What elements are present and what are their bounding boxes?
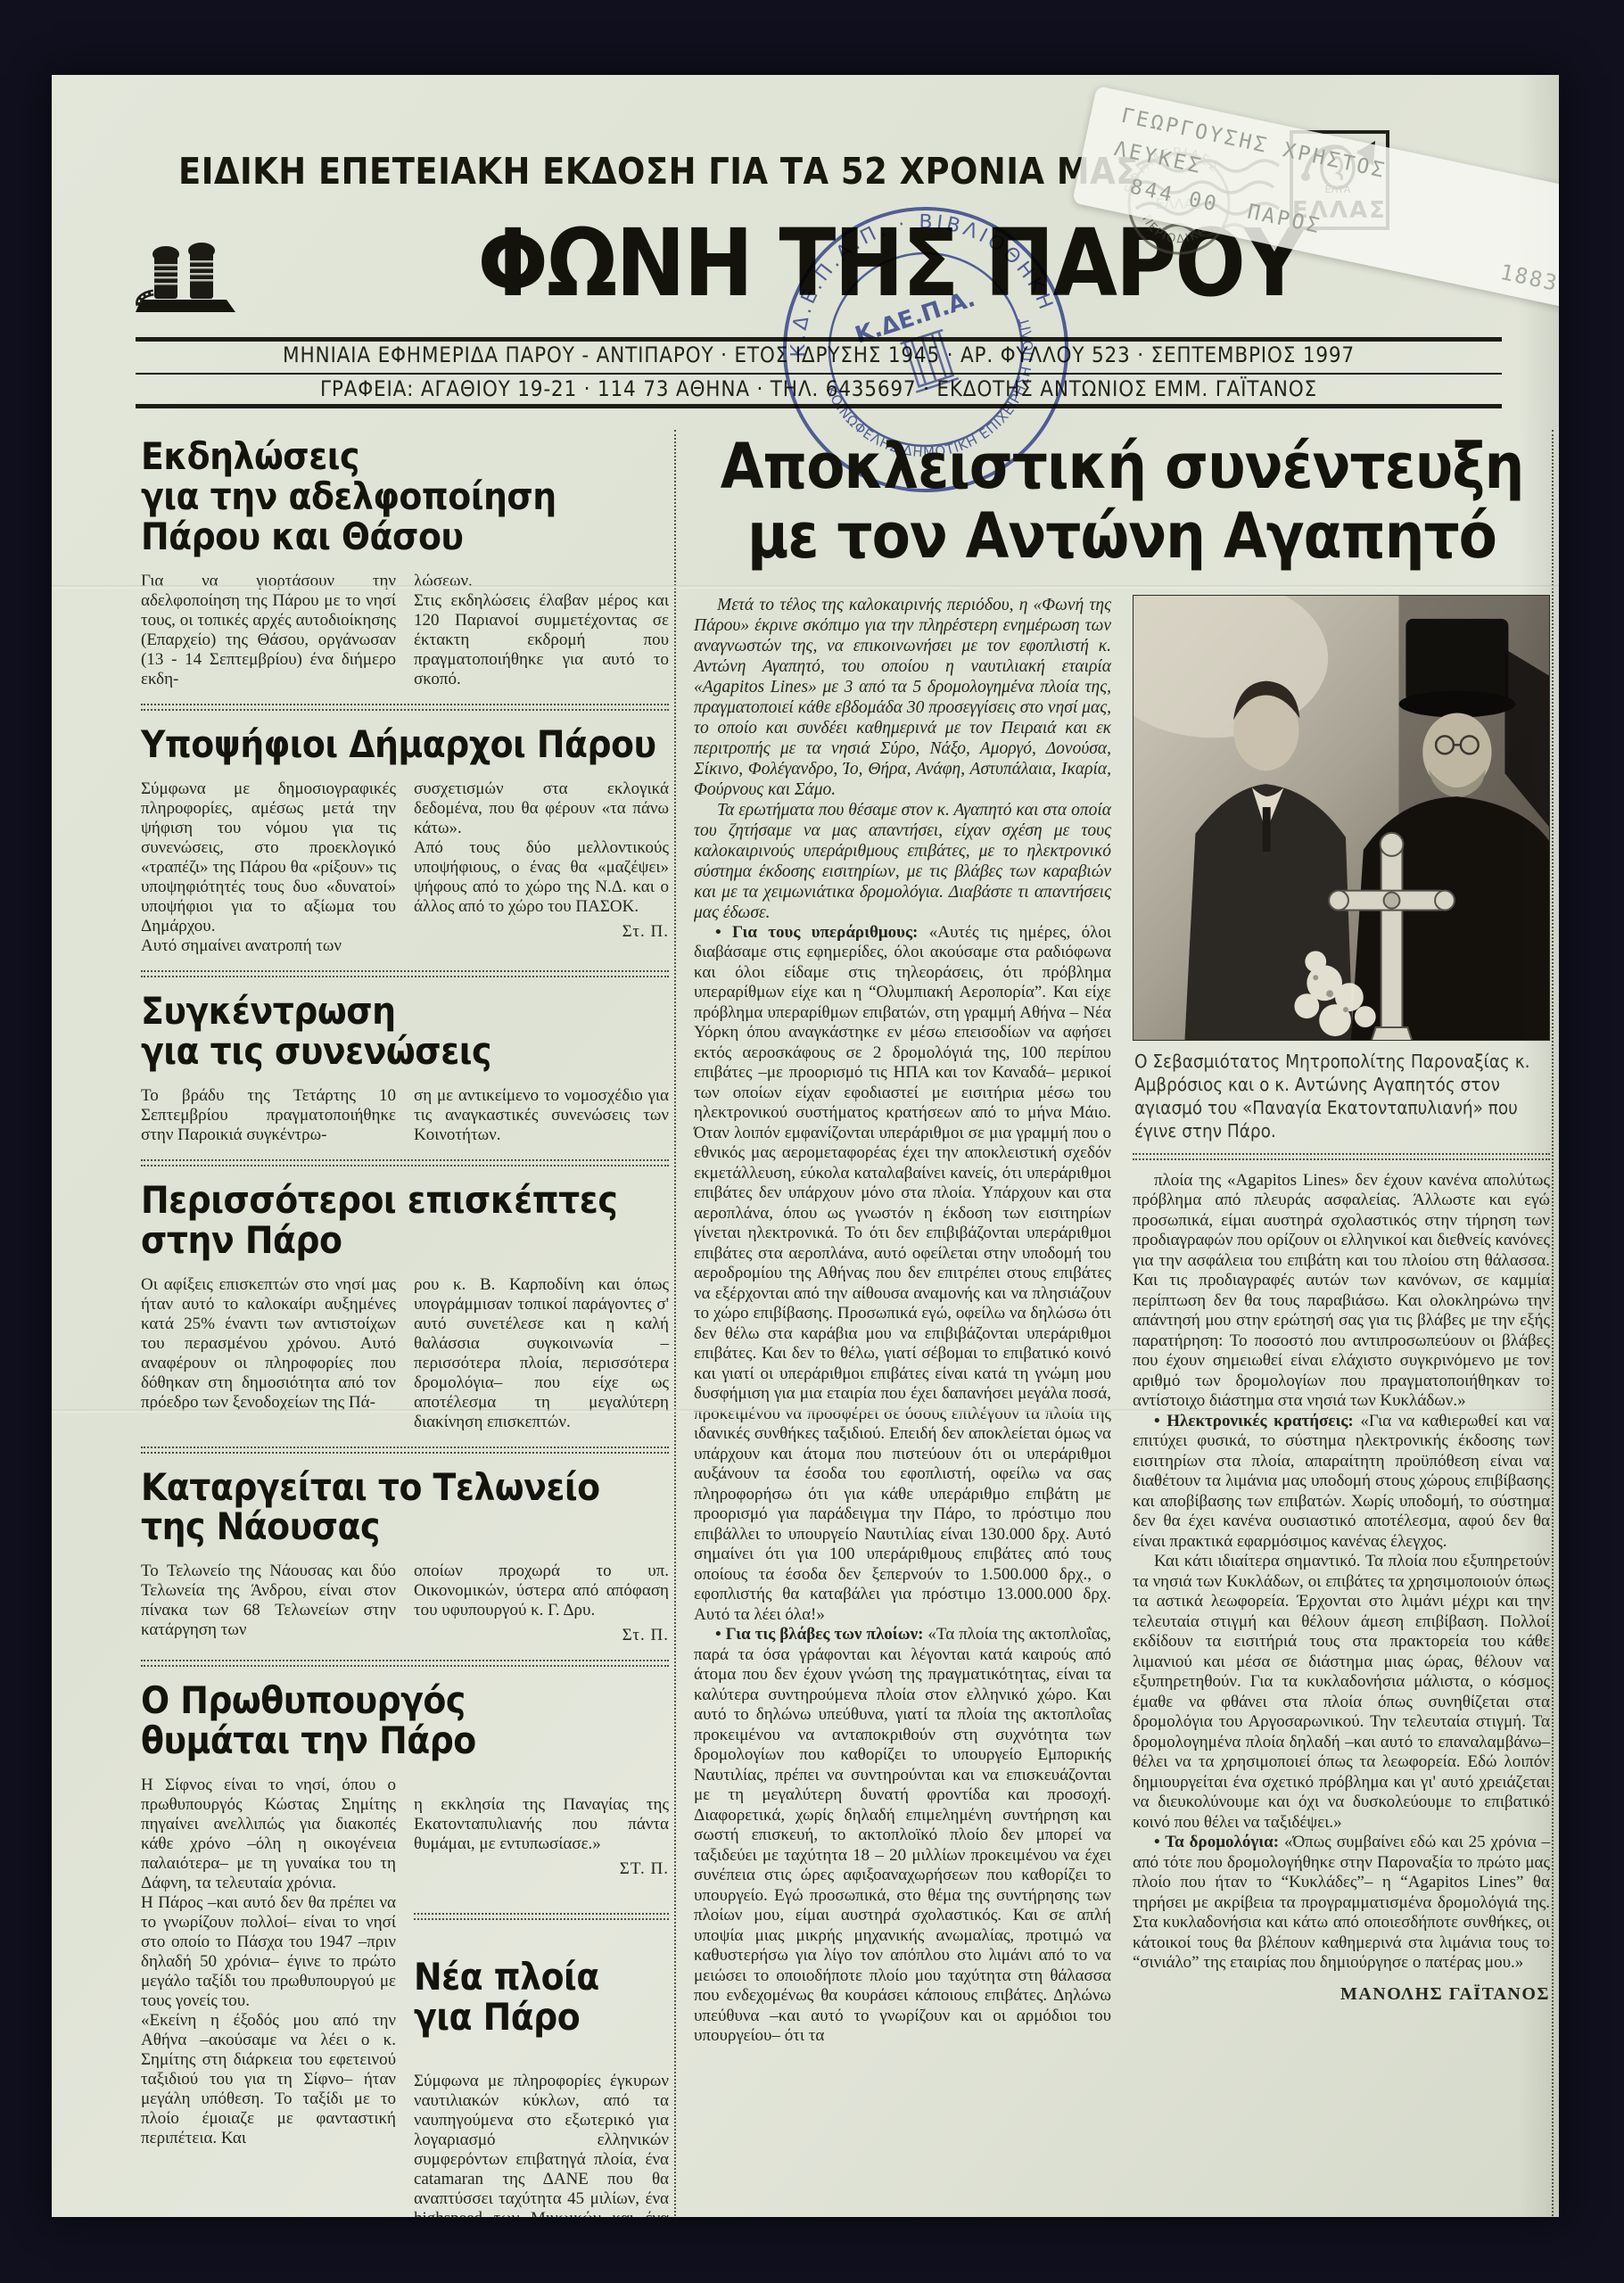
bollard-logo-icon: [136, 243, 241, 324]
article-text: Το βράδυ της Τετάρτης 10 Σεπτεμβρίου πρα…: [141, 1086, 396, 1145]
page-content: Εκδηλώσεις για την αδελφοποίηση Πάρου κα…: [141, 430, 1554, 2217]
article-text: οποίων προχωρά το υπ. Οικονομικών, ύστερ…: [414, 1562, 669, 1620]
interview-answer-overbooking: • Για τους υπεράριθμους: «Αυτές τις ημέρ…: [694, 923, 1111, 1626]
address-name: ΓΕΩΡΓΟΥΣΗΣ ΧΡΗΣΤΟΣ: [1119, 104, 1389, 183]
article-title: Καταργείται το Τελωνείο της Νάουσας: [141, 1468, 669, 1548]
dotted-divider: [141, 704, 669, 711]
answer-lead: • Για τους υπεράριθμους:: [715, 923, 929, 942]
article-title: Ο Πρωθυπουργός θυμάται την Πάρο: [141, 1681, 669, 1761]
interview-column-left: Μετά το τέλος της καλοκαιρινής περιόδου,…: [694, 595, 1111, 2047]
answer-lead: • Ηλεκτρονικές κρατήσεις:: [1154, 1412, 1360, 1430]
photo-caption: Ο Σεβασμιότατος Μητροπολίτης Παροναξίας …: [1134, 1050, 1548, 1142]
article-gathering: Συγκέντρωση για τις συνενώσεις Το βράδυ …: [141, 992, 669, 1145]
answer-lead: • Για τις βλάβες των πλοίων:: [715, 1625, 927, 1644]
dotted-divider: [141, 1159, 669, 1166]
article-signature: Στ. Π.: [414, 1626, 669, 1645]
interview-answer-schedules: • Τα δρομολόγια: «Όπως συμβαίνει εδώ και…: [1133, 1833, 1550, 1974]
article-title: Εκδηλώσεις για την αδελφοποίηση Πάρου κα…: [141, 437, 669, 557]
article-text: Το Τελωνείο της Νάουσας και δύο Τελωνεία…: [141, 1562, 396, 1645]
article-text: συσχετισμών στα εκλογικά δεδομένα, που θ…: [414, 779, 669, 916]
dotted-divider: [414, 1913, 669, 1920]
article-text: ση με αντικείμενο το νομοσχέδιο για τις …: [414, 1086, 669, 1145]
interview-article: Αποκλειστική συνέντευξη με τον Αντώνη Αγ…: [676, 430, 1554, 2217]
article-text: ρου κ. Β. Καρποδίνη και όπως υπογράμμισα…: [414, 1275, 669, 1432]
article-title: Συγκέντρωση για τις συνενώσεις: [141, 992, 669, 1072]
interview-answer-breakdowns: • Για τις βλάβες των πλοίων: «Τα πλοία τ…: [694, 1625, 1111, 2047]
interview-intro: Μετά το τέλος της καλοκαιρινής περιόδου,…: [694, 595, 1111, 800]
article-title: Υποψήφιοι Δήμαρχοι Πάρου: [141, 725, 669, 765]
article-twinning: Εκδηλώσεις για την αδελφοποίηση Πάρου κα…: [141, 437, 669, 689]
interview-headline: Αποκλειστική συνέντευξη με τον Αντώνη Αγ…: [694, 432, 1550, 572]
interview-intro: Τα ερωτήματα που θέσαμε στον κ. Αγαπητό …: [694, 800, 1111, 923]
interview-photo: [1133, 595, 1550, 1041]
newspaper-scan: { "colors":{"paper":"#dee2d4","ink":"#1d…: [0, 0, 1624, 2283]
author-byline: ΜΑΝΟΛΗΣ ΓΑΪΤΑΝΟΣ: [1133, 1984, 1550, 2005]
article-text: Σύμφωνα με πληροφορίες έγκυρων ναυτιλιακ…: [414, 2072, 669, 2217]
newspaper-page: ΕΙΔΙΚΗ ΕΠΕΤΕΙΑΚΗ ΕΚΔΟΣΗ ΓΙΑ ΤΑ 52 ΧΡΟΝΙΑ…: [52, 75, 1559, 2217]
dotted-divider: [141, 970, 669, 977]
article-text: Για να γιορτάσουν την αδελφοποίηση της Π…: [141, 572, 396, 689]
interview-text-buses: Και κάτι ιδιαίτερα σημαντικό. Τα πλοία π…: [1133, 1552, 1550, 1833]
article-signature: ΣΤ. Π.: [414, 1859, 669, 1879]
article-text: Σύμφωνα με δημοσιογραφικές πληροφορίες, …: [141, 779, 396, 956]
answer-lead: • Τα δρομολόγια:: [1154, 1833, 1284, 1851]
article-mayor-candidates: Υποψήφιοι Δήμαρχοι Πάρου Σύμφωνα με δημο…: [141, 725, 669, 956]
article-signature: Στ. Π.: [414, 922, 669, 942]
dotted-divider: [1133, 1153, 1550, 1160]
article-title: Νέα πλοία για Πάρο: [414, 1957, 669, 2038]
dotted-divider: [141, 1660, 669, 1667]
article-more-visitors: Περισσότεροι επισκέπτες στην Πάρο Οι αφί…: [141, 1181, 669, 1432]
interview-text-safety: πλοία της «Agapitos Lines» δεν έχουν καν…: [1133, 1171, 1550, 1412]
address-town: ΛΕΥΚΕΣ: [1112, 137, 1205, 178]
article-text: η εκκλησία της Παναγίας της Εκατονταπυλι…: [414, 1795, 669, 1853]
article-text: Η Σίφνος είναι το νησί, όπου ο πρωθυπουρ…: [141, 1776, 396, 2217]
subscriber-number: 1883: [1498, 260, 1559, 296]
dotted-divider: [141, 1446, 669, 1454]
article-customs-office: Καταργείται το Τελωνείο της Νάουσας Το Τ…: [141, 1468, 669, 1646]
article-text: λώσεων. Στις εκδηλώσεις έλαβαν μέρος και…: [414, 572, 669, 689]
article-text: Οι αφίξεις επισκεπτών στο νησί μας ήταν …: [141, 1275, 396, 1432]
article-title: Περισσότεροι επισκέπτες στην Πάρο: [141, 1181, 669, 1261]
interview-column-right: Ο Σεβασμιότατος Μητροπολίτης Παροναξίας …: [1133, 595, 1550, 2047]
left-column-articles: Εκδηλώσεις για την αδελφοποίηση Πάρου κα…: [141, 430, 669, 2217]
interview-answer-ebooking: • Ηλεκτρονικές κρατήσεις: «Για να καθιερ…: [1133, 1412, 1550, 1553]
article-prime-minister: Ο Πρωθυπουργός θυμάται την Πάρο Η Σίφνος…: [141, 1681, 669, 2217]
